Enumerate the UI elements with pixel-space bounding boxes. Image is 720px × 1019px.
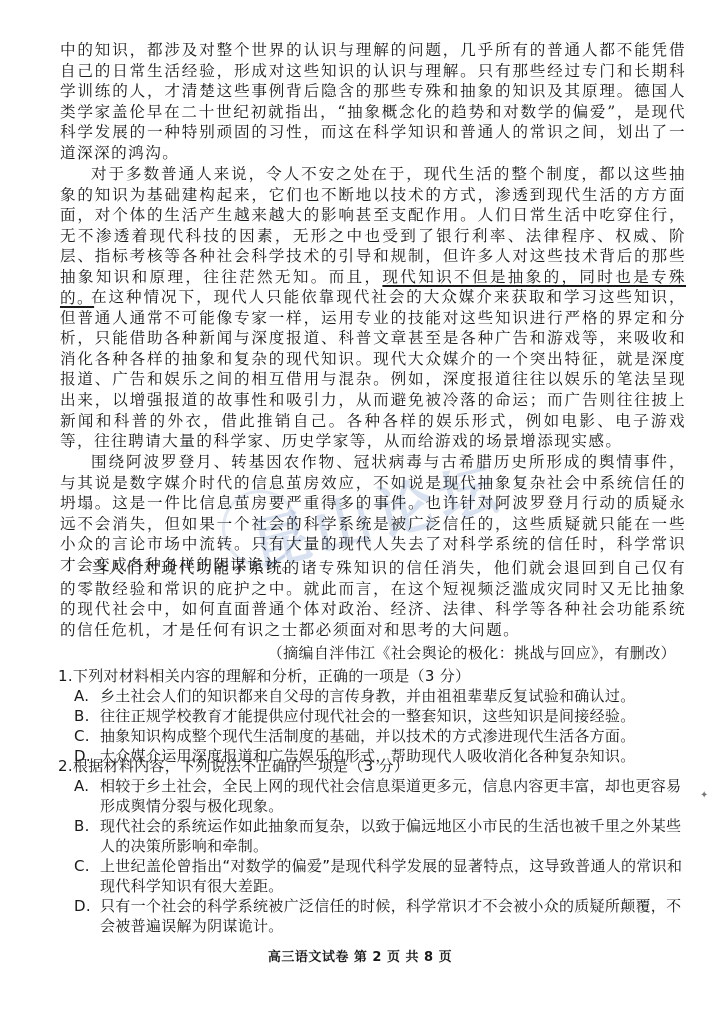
exam-page: 昆山论坛 中的知识，都涉及对整个世界的认识与理解的问题，几乎所有的普通人都不能凭…: [0, 0, 720, 1019]
question-2-stem: 2.根据材料内容，下列说法不正确的一项是（3 分）: [58, 756, 688, 776]
question-2-option-d[interactable]: D.只有一个社会的科学系统被广泛信任的时候，科学常识才不会被小众的质疑所颠覆，不…: [58, 896, 688, 936]
question-2-option-b[interactable]: B.现代社会的系统运作如此抽象而复杂，以致于偏远地区小市民的生活也被千里之外某些…: [58, 816, 688, 856]
question-1-option-a[interactable]: A.乡土社会人们的知识都来自父母的言传身教，并由祖祖辈辈反复试验和确认过。: [58, 686, 688, 706]
scan-speck: ✦: [700, 790, 708, 801]
passage-source-citation: （摘编自泮伟江《社会舆论的极化：挑战与回应》，有删改）: [268, 642, 676, 663]
page-footer: 高三语文试卷 第 2 页 共 8 页: [0, 946, 720, 965]
question-1: 1.下列对材料相关内容的理解和分析，正确的一项是（3 分） A.乡土社会人们的知…: [58, 666, 688, 766]
question-2: 2.根据材料内容，下列说法不正确的一项是（3 分） A.相较于乡土社会，全民上网…: [58, 756, 688, 936]
passage-paragraph-5: 当人们对现代功能子系统的诸专殊知识的信任消失，他们就会退回到自己仅有的零散经验和…: [60, 558, 686, 640]
passage-paragraph-3: 在这种情况下，现代人只能依靠现代社会的大众媒介来获取和学习这些知识，但普通人通常…: [60, 287, 686, 452]
question-1-stem: 1.下列对材料相关内容的理解和分析，正确的一项是（3 分）: [58, 666, 688, 686]
question-1-option-c[interactable]: C.抽象知识构成整个现代生活制度的基础，并以技术的方式渗进现代生活各方面。: [58, 726, 688, 746]
question-2-option-a[interactable]: A.相较于乡土社会，全民上网的现代社会信息渠道更多元，信息内容更丰富，却也更容易…: [58, 776, 688, 816]
question-2-option-c[interactable]: C.上世纪盖伦曾指出“对数学的偏爱”是现代科学发展的显著特点，这导致普通人的常识…: [58, 856, 688, 896]
question-1-option-b[interactable]: B.往往正规学校教育才能提供应付现代社会的一整套知识，这些知识是间接经验。: [58, 706, 688, 726]
passage-paragraph-1: 中的知识，都涉及对整个世界的认识与理解的问题，几乎所有的普通人都不能凭借自己的日…: [60, 40, 686, 164]
